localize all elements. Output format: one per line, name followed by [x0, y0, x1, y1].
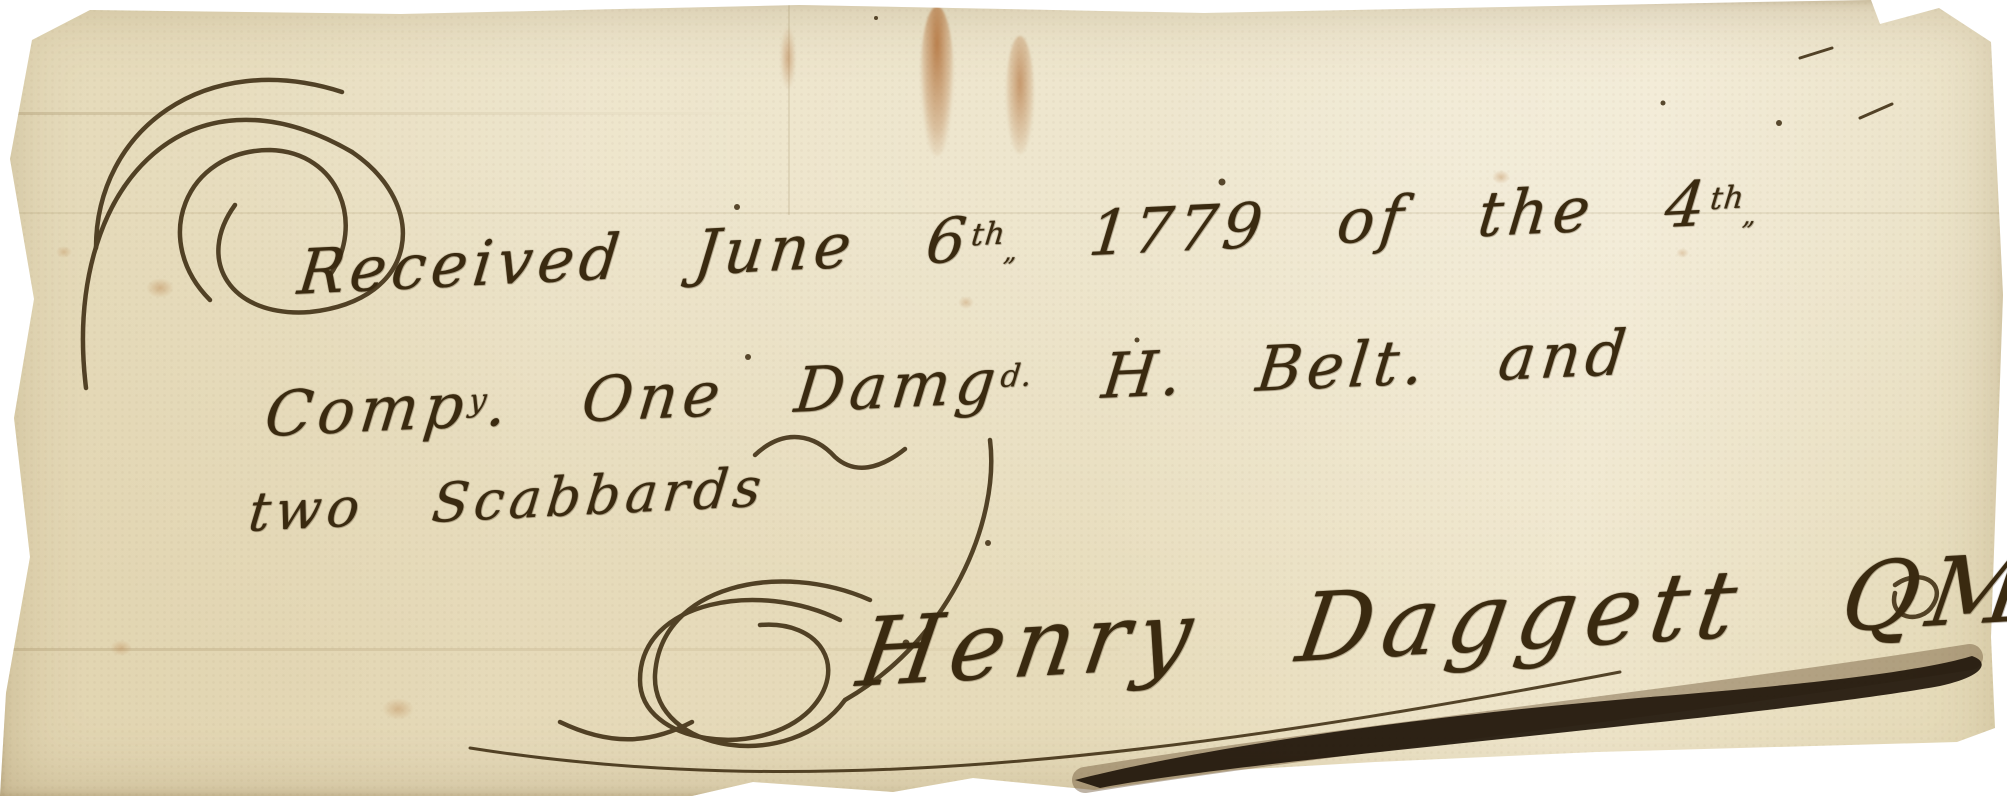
rust-stain	[920, 6, 954, 156]
fold-crease	[0, 112, 780, 115]
signature-rank: QM	[1834, 533, 2007, 654]
fold-crease	[788, 0, 790, 215]
foxing-spot	[958, 296, 974, 309]
line1-superscript-2: th	[1708, 179, 1746, 217]
rust-stain	[780, 26, 796, 90]
foxing-spot	[1676, 248, 1689, 258]
line1-superscript-1: th	[969, 216, 1007, 254]
scanned-receipt-image: Received June 6th„ 1779 of the 4th„ Comp…	[0, 0, 2007, 796]
rust-stain	[1006, 36, 1034, 154]
foxing-spot	[56, 246, 72, 258]
foxing-spot	[146, 278, 174, 298]
line2-superscript-2: d.	[999, 357, 1035, 395]
foxing-spot	[382, 698, 414, 720]
foxing-spot	[110, 640, 132, 656]
line2-text-1: Comp	[261, 368, 472, 451]
